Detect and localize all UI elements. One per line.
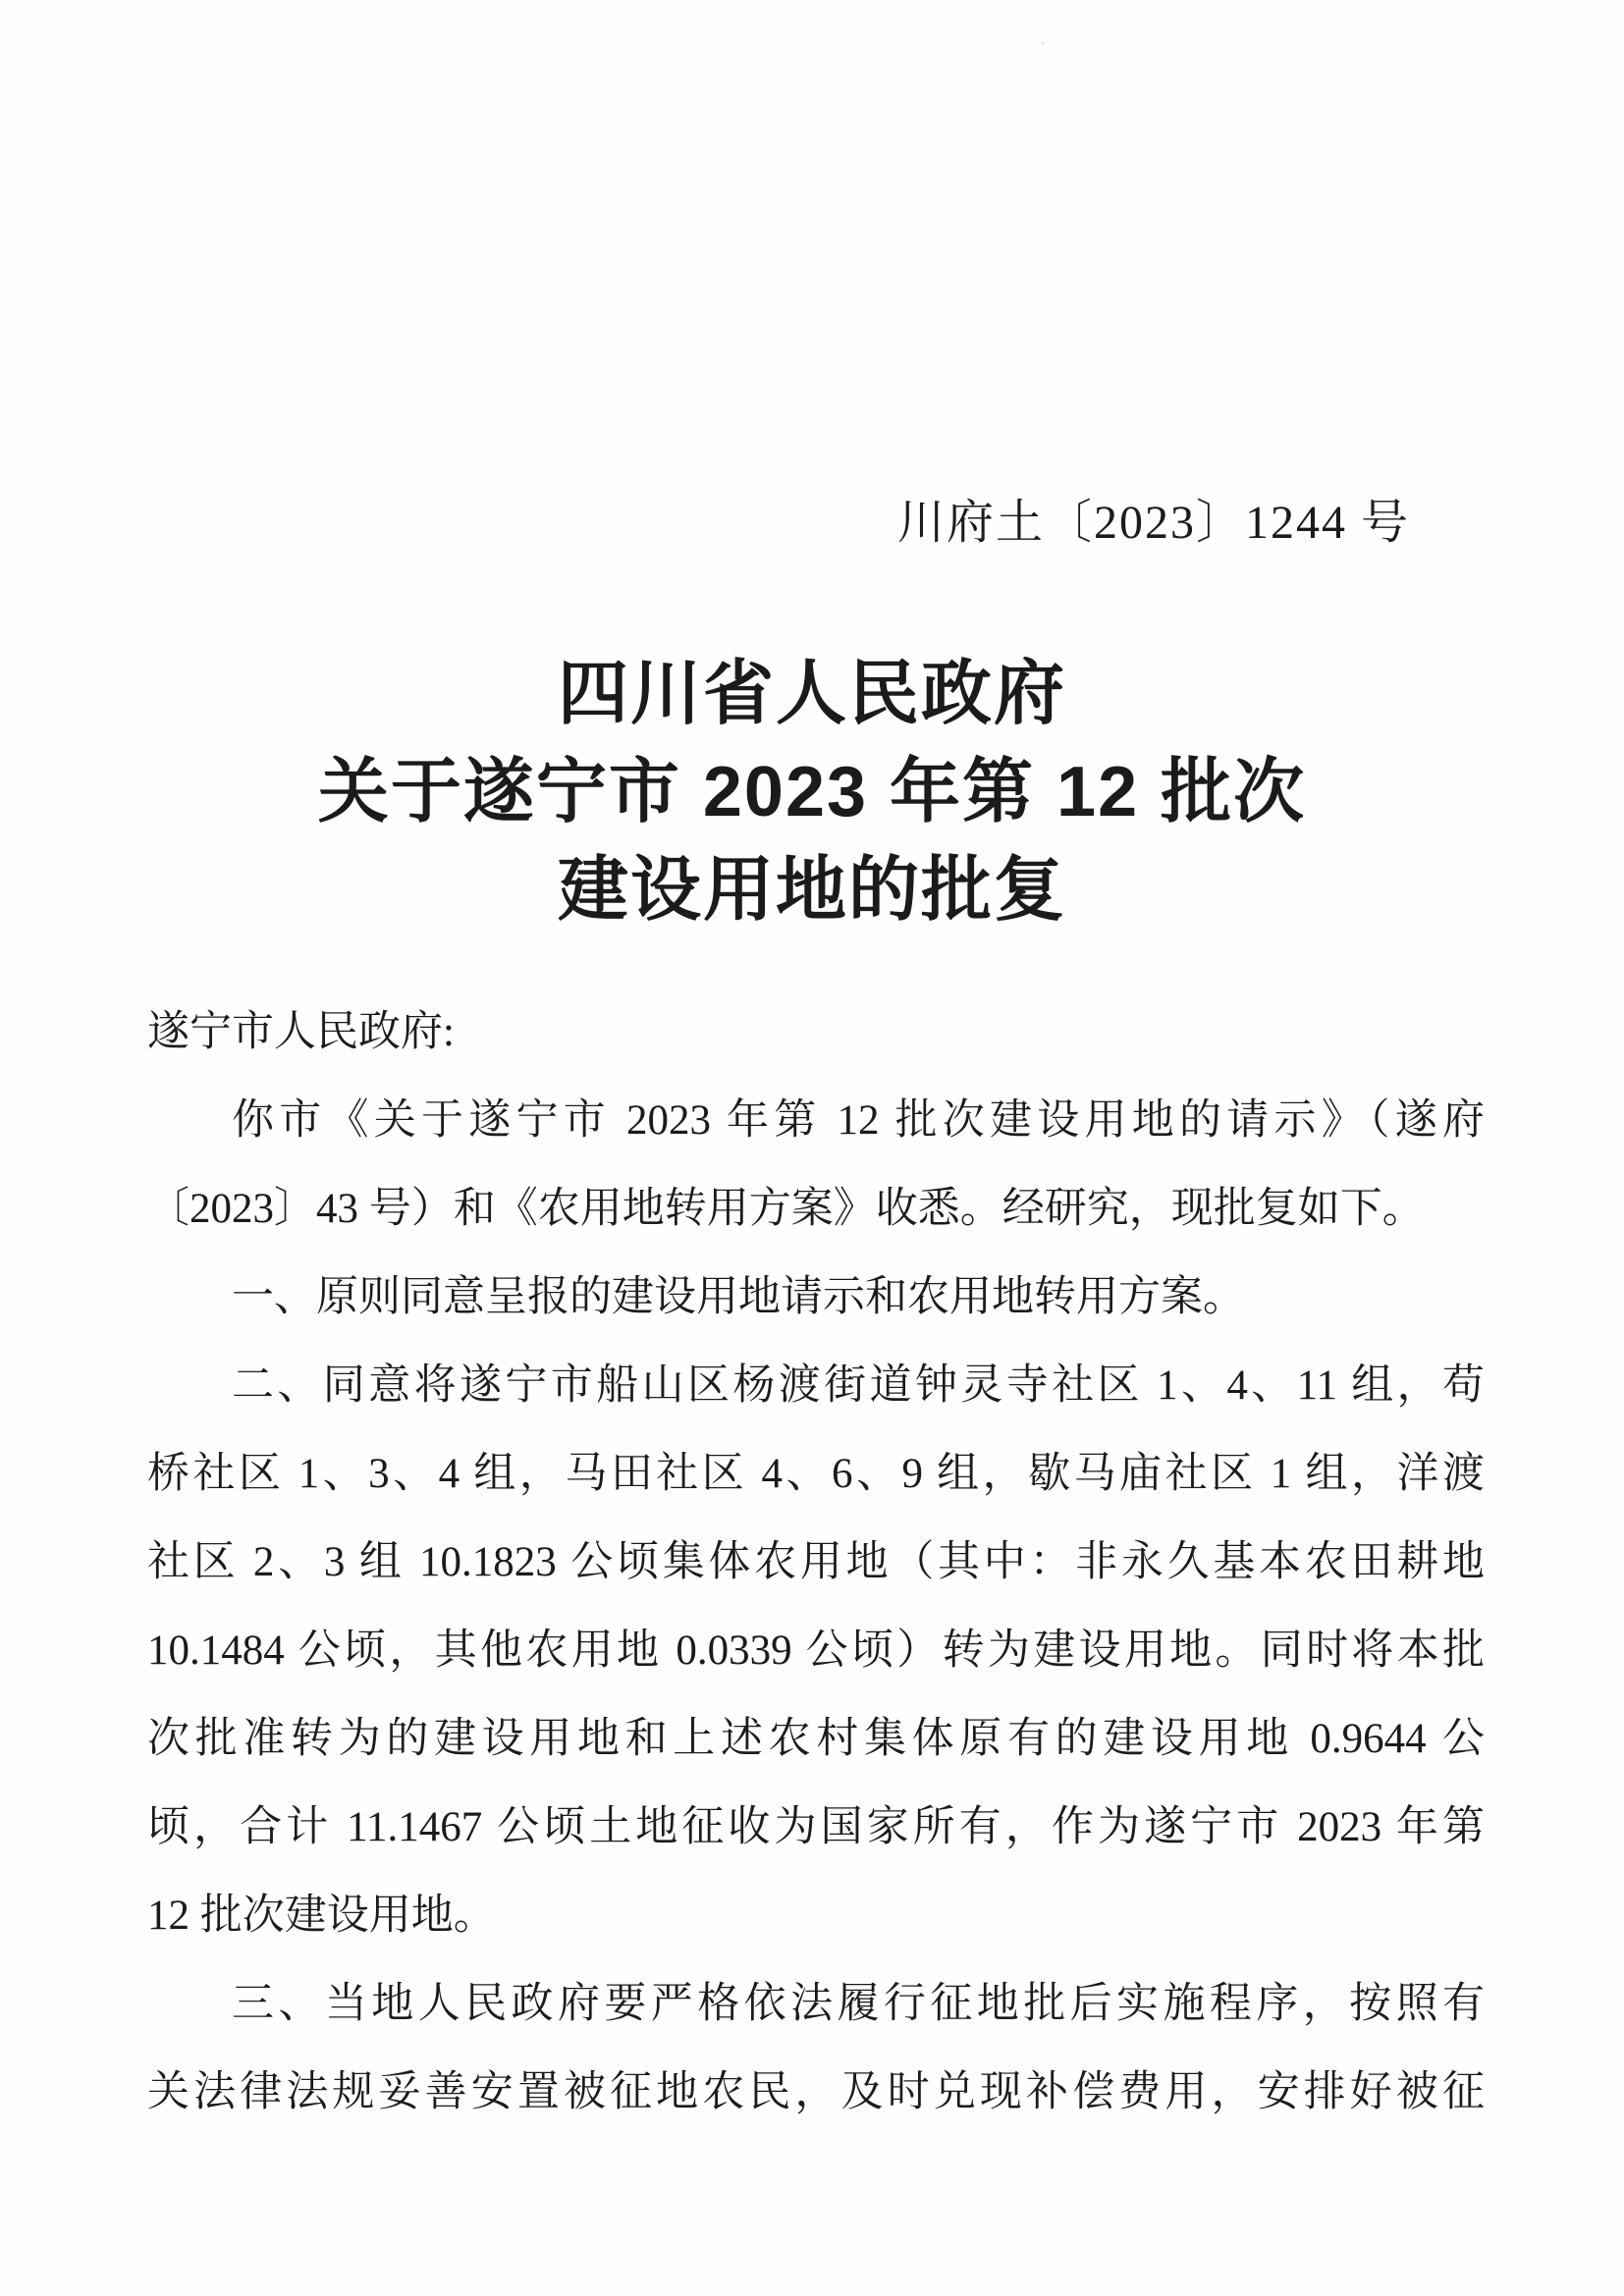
title-line-1: 四川省人民政府 [0,645,1624,743]
body-line: 二、同意将遂宁市船山区杨渡街道钟灵寺社区 1、4、11 组，苟 [147,1342,1485,1430]
salutation: 遂宁市人民政府: [147,988,1485,1077]
body-line: 一、原则同意呈报的建设用地请示和农用地转用方案。 [147,1254,1485,1342]
body-line: 关法律法规妥善安置被征地农民，及时兑现补偿费用，安排好被征 [147,2049,1485,2137]
title-line-2: 关于遂宁市 2023 年第 12 批次 [0,743,1624,841]
body-line: 〔2023〕43 号）和《农用地转用方案》收悉。经研究，现批复如下。 [147,1165,1485,1254]
body-line: 桥社区 1、3、4 组，马田社区 4、6、9 组，歇马庙社区 1 组，洋渡 [147,1430,1485,1519]
body-line: 三、当地人民政府要严格依法履行征地批后实施程序，按照有 [147,1960,1485,2049]
body-line: 10.1484 公顷，其他农用地 0.0339 公顷）转为建设用地。同时将本批 [147,1607,1485,1695]
body-line: 社区 2、3 组 10.1823 公顷集体农用地（其中：非永久基本农田耕地 [147,1519,1485,1607]
body-paragraph-lines: 你市《关于遂宁市 2023 年第 12 批次建设用地的请示》（遂府〔2023〕4… [147,1077,1485,2137]
title-line-3: 建设用地的批复 [0,841,1624,939]
body-line: 12 批次建设用地。 [147,1872,1485,1960]
document-title: 四川省人民政府 关于遂宁市 2023 年第 12 批次 建设用地的批复 [0,645,1624,939]
body-line: 顷，合计 11.1467 公顷土地征收为国家所有，作为遂宁市 2023 年第 [147,1784,1485,1872]
document-page: 川府土〔2023〕1244 号 四川省人民政府 关于遂宁市 2023 年第 12… [0,0,1624,2296]
body-line: 次批准转为的建设用地和上述农村集体原有的建设用地 0.9644 公 [147,1695,1485,1784]
doc-number: 川府土〔2023〕1244 号 [0,496,1624,551]
body-line: 你市《关于遂宁市 2023 年第 12 批次建设用地的请示》（遂府 [147,1077,1485,1165]
document-body: 遂宁市人民政府: 你市《关于遂宁市 2023 年第 12 批次建设用地的请示》（… [0,988,1624,2137]
